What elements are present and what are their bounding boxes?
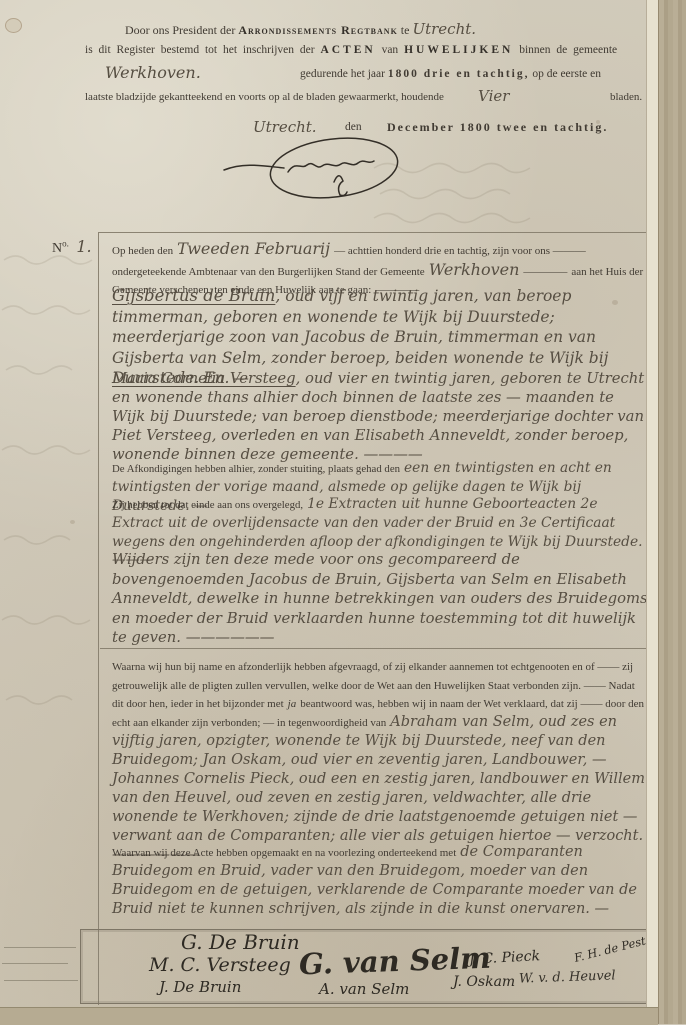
- header-line-1: Door ons President der Arrondissements R…: [125, 20, 476, 38]
- municipality-handwritten: Werkhoven.: [105, 63, 201, 82]
- marriage-date-handwritten: Tweeden Februarij: [177, 239, 330, 258]
- bride-paragraph: Maria Cornelia Versteeg, oud vier en twi…: [112, 369, 649, 464]
- header-line-3: gedurende het jaar 1800 drie en tachtig,…: [300, 68, 601, 80]
- marriages-word: HUWELIJKEN: [404, 44, 513, 56]
- showthrough-writing: [370, 150, 670, 230]
- ja-word: ja: [288, 698, 297, 710]
- showthrough-line: [4, 980, 78, 981]
- act-top-rule: [98, 232, 654, 233]
- header-printed: binnen de gemeente: [519, 44, 617, 56]
- consent-handwritten: Wijders zijn ten deze mede voor ons geco…: [112, 551, 648, 646]
- header-printed: is dit Register bestemd tot het inschrij…: [85, 44, 315, 56]
- documents-printed: Zij hebben tot dat einde aan ons overgel…: [112, 499, 303, 511]
- gemeente-handwritten: Werkhoven: [429, 260, 520, 279]
- signature-witness-van-selm: A. van Selm: [319, 980, 409, 998]
- page-edge-band-right: [658, 0, 686, 1024]
- act-number: No. 1.: [52, 237, 92, 257]
- header-line-4: laatste bladzijde gekantteekend en voort…: [85, 91, 444, 103]
- opening-printed: — achttien honderd drie en tachtig, zijn…: [334, 245, 586, 257]
- showthrough-line: [2, 963, 68, 964]
- act-left-rule: [98, 232, 99, 1005]
- header-line-2: is dit Register bestemd tot het inschrij…: [85, 44, 617, 56]
- section-divider-rule: [100, 648, 652, 649]
- register-year: 1800 drie en tachtig,: [388, 68, 530, 80]
- court-city-handwritten: Utrecht.: [412, 20, 476, 38]
- act-number-value: 1.: [76, 237, 91, 256]
- signature-groom: G. De Bruin: [181, 930, 300, 954]
- header-printed: van: [382, 44, 399, 56]
- register-page: Door ons President der Arrondissements R…: [0, 0, 686, 1024]
- court-name: Arrondissements Regtbank: [238, 23, 397, 37]
- signature-witness-oskam: J. Oskam: [453, 974, 515, 990]
- page-edge-band-bottom: [0, 1007, 658, 1024]
- header-printed: gedurende het jaar: [300, 68, 385, 80]
- vows-paragraph: Waarna wij hun bij name en afzonderlijk …: [112, 657, 649, 865]
- signature-father-groom: J. De Bruin: [159, 978, 241, 996]
- signature-witness-pieck: J. C. Pieck: [469, 948, 541, 968]
- signatures-box: G. De Bruin M. C. Versteeg J. De Bruin G…: [80, 929, 653, 1004]
- president-signature: [222, 130, 407, 208]
- witnesses-handwritten: Abraham van Selm, oud zes en vijftig jar…: [112, 714, 645, 863]
- no-abbrev: N: [52, 241, 62, 256]
- no-abbrev-sup: o.: [62, 238, 69, 248]
- signing-date: December 1800 twee en tachtig.: [387, 120, 608, 135]
- header-printed: Door ons President der: [125, 23, 235, 37]
- corner-stamp-mark: [5, 18, 22, 33]
- closing-paragraph: Waarvan wij deze Acte hebben opgemaakt e…: [112, 843, 649, 919]
- showthrough-line: [4, 947, 76, 948]
- opening-printed: ondergeteekende Ambtenaar van den Burger…: [112, 266, 425, 278]
- signature-bride: M. C. Versteeg: [149, 954, 291, 976]
- acts-word: ACTEN: [320, 44, 375, 56]
- closing-printed: Waarvan wij deze Acte hebben opgemaakt e…: [112, 847, 456, 859]
- consent-paragraph: Wijders zijn ten deze mede voor ons geco…: [112, 550, 649, 648]
- showthrough-writing: [0, 240, 96, 760]
- announcements-printed: De Afkondigingen hebben alhier, zonder s…: [112, 463, 400, 475]
- signature-witness-van-den-heuvel: W. v. d. Heuvel: [519, 968, 616, 986]
- groom-name: Gijsbertus de Bruin: [112, 286, 275, 305]
- bride-name: Maria Cornelia Versteeg: [112, 370, 296, 387]
- sheet-count-handwritten: Vier: [478, 87, 509, 105]
- header-printed: op de eerste en: [532, 68, 601, 80]
- header-printed: te: [401, 23, 410, 37]
- sheets-word: bladen.: [610, 91, 642, 103]
- filler-dash: ————: [523, 266, 567, 278]
- opening-printed: Op heden den: [112, 245, 173, 257]
